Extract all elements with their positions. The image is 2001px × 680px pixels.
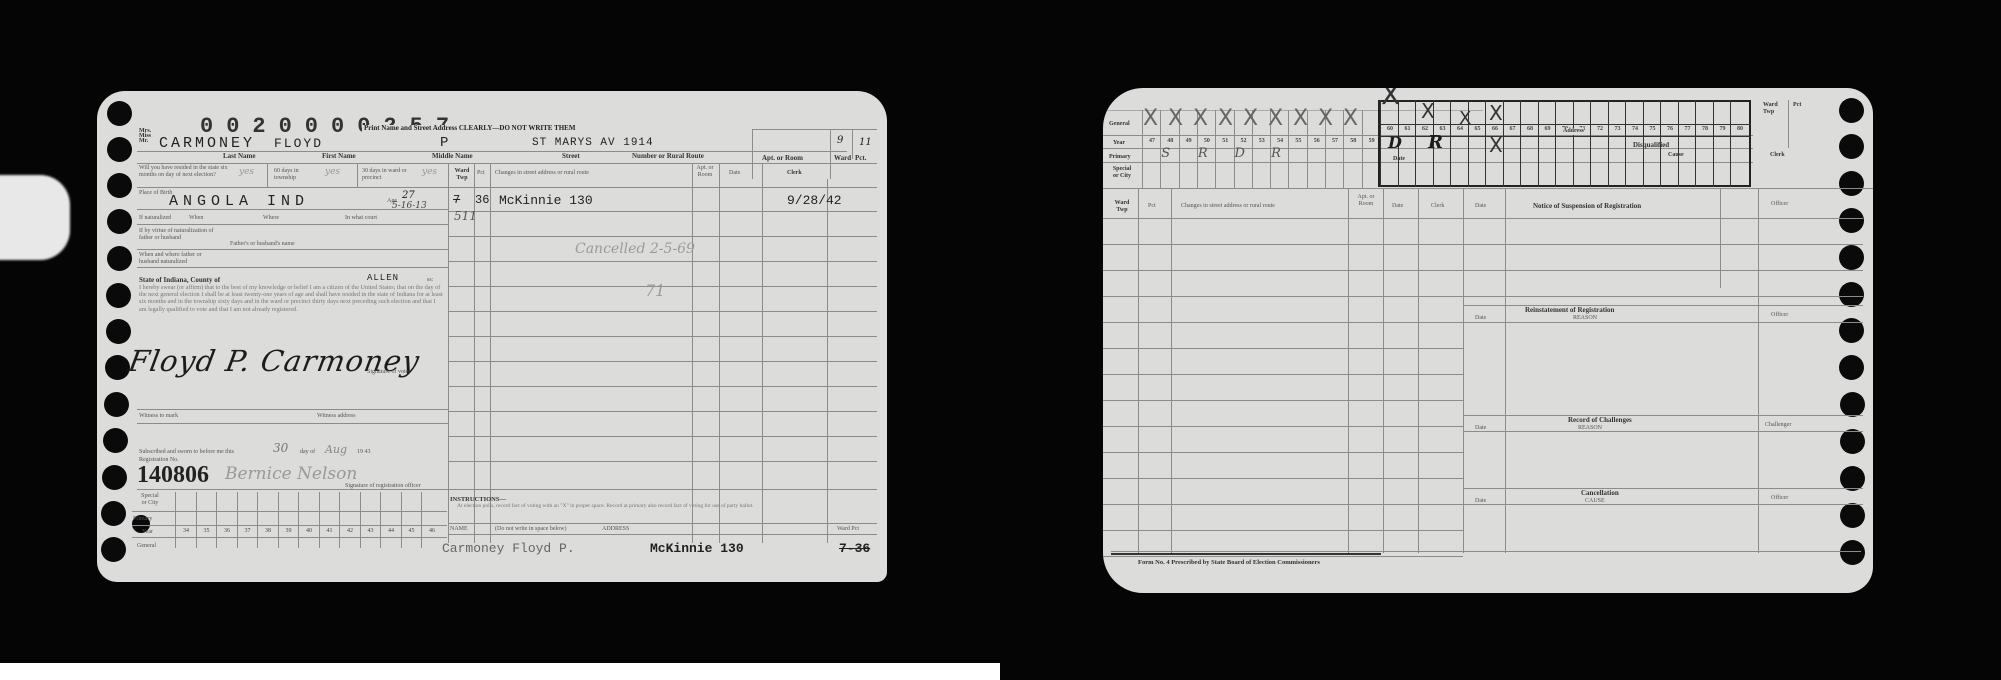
grid-label-general: General	[137, 543, 156, 550]
grid-label-year: Year	[142, 529, 153, 536]
back-changes-pct: Pct	[1148, 203, 1156, 210]
reinstatement-date-label: Date	[1475, 315, 1486, 322]
year-cell: 53	[1253, 138, 1271, 144]
instructions-text: At election polls, record fact of voting…	[457, 503, 877, 509]
salutation-labels: Mrs. Miss Mr.	[139, 129, 151, 144]
general-vote-mark: X	[1193, 106, 1208, 132]
year-cell: 69	[1539, 126, 1557, 132]
mark-60-primary: D	[1388, 133, 1402, 152]
ward-label: Ward	[834, 154, 851, 162]
mark-65: X	[1489, 100, 1503, 126]
year-cell: 43	[362, 528, 380, 534]
table-row-divider	[1103, 348, 1463, 349]
table-row-divider	[1103, 322, 1463, 323]
change-row-1-note: 511	[454, 209, 477, 223]
number-label: Number or Rural Route	[632, 152, 704, 160]
disqualified-label: Disqualified	[1633, 141, 1669, 149]
registration-number: 140806	[137, 462, 209, 489]
suspension-title: Notice of Suspension of Registration	[1533, 203, 1641, 210]
where-label: Where	[263, 215, 279, 222]
year-cell: 52	[1235, 138, 1253, 144]
officer-signature: Bernice Nelson	[225, 464, 357, 484]
residence-answer-30d: yes	[422, 167, 437, 177]
general-vote-mark: X	[1343, 106, 1358, 132]
primary-vote-marks: SRDR	[1143, 146, 1381, 164]
back-changes-ward: Ward Twp	[1111, 200, 1133, 214]
index-name: Carmoney Floyd P.	[442, 541, 575, 556]
scan-border-strip	[0, 663, 1000, 680]
table-row-divider	[1103, 452, 1463, 453]
table-row-divider	[1103, 504, 1463, 505]
court-label: In what court	[345, 215, 377, 222]
form-footer: Form No. 4 Prescribed by State Board of …	[1138, 559, 1320, 566]
street-address: ST MARYS AV 1914	[532, 137, 654, 149]
change-row-1-pct: 36	[475, 193, 489, 207]
first-name: FLOYD	[274, 136, 323, 151]
back-ward-twp-label: Ward Twp	[1763, 102, 1783, 116]
general-vote-mark: X	[1143, 106, 1158, 132]
residence-answer-6mo: yes	[239, 167, 254, 177]
year-cell: 61	[1399, 126, 1417, 132]
residence-question-60d: 60 days in township	[274, 168, 319, 182]
ss-label: ss:	[427, 277, 433, 284]
last-name-label: Last Name	[223, 152, 255, 160]
residence-question-6mo: Will you have resided in the state six m…	[139, 165, 229, 179]
grid-label-primary: Primary	[133, 516, 152, 523]
year-cell: 48	[1161, 138, 1179, 144]
change-row-1-address: McKinnie 130	[499, 193, 593, 208]
year-cell: 50	[1198, 138, 1216, 144]
oath-text: I hereby swear (or affirm) that to the b…	[139, 284, 444, 313]
registration-card-front: 0020000257 Print Name and Street Address…	[97, 91, 887, 582]
middle-name: P	[440, 135, 448, 151]
back-label-general: General	[1109, 121, 1130, 128]
reinstatement-reason-label: REASON	[1573, 315, 1597, 322]
changes-header-date: Date	[729, 170, 740, 177]
challenges-challenger-label: Challenger	[1765, 422, 1791, 429]
back-label-primary: Primary	[1109, 154, 1131, 161]
cancelled-note: Cancelled 2-5-69	[575, 241, 695, 257]
index-address: McKinnie 130	[650, 541, 744, 556]
table-row-divider	[1103, 270, 1863, 271]
year-cell: 44	[382, 528, 400, 534]
father-name-label: Father's or husband's name	[230, 241, 295, 248]
address-label: Address	[1563, 128, 1584, 135]
back-changes-date: Date	[1392, 203, 1403, 210]
general-vote-mark: X	[1293, 106, 1308, 132]
ward-value: 9	[837, 135, 843, 146]
witness-address-label: Witness address	[317, 413, 356, 420]
mark-65-primary: X	[1489, 132, 1503, 158]
grid-label-special: Special or City	[139, 493, 161, 507]
year-cell: 68	[1521, 126, 1539, 132]
back-changes-address: Changes in street address or rural route	[1181, 203, 1275, 210]
do-not-write-label: (Do not write in space below)	[495, 526, 566, 533]
year-cell: 36	[218, 528, 236, 534]
general-vote-mark: X	[1218, 106, 1233, 132]
changes-header-pct: Pct	[477, 170, 485, 177]
address-label: ADDRESS	[602, 526, 629, 533]
signature-label: Signature of voter	[367, 369, 410, 376]
year-cell: 40	[300, 528, 318, 534]
year-cell: 47	[1143, 138, 1161, 144]
changes-header-ward: Ward Twp	[452, 168, 472, 182]
cause-label: Cause	[1668, 152, 1684, 159]
first-name-label: First Name	[322, 152, 356, 160]
primary-vote-mark: R	[1271, 146, 1281, 161]
back-label-year: Year	[1113, 140, 1125, 147]
suspension-date-label: Date	[1475, 203, 1486, 210]
suspension-officer-label: Officer	[1771, 201, 1788, 208]
pct-value: 11	[859, 137, 872, 148]
sworn-day: 30	[273, 441, 288, 455]
day-of-label: day of	[300, 449, 315, 456]
apt-room-label: Apt. or Room	[762, 154, 803, 162]
index-ward-pct: 7-36	[839, 541, 870, 556]
place-of-birth: ANGOLA IND	[169, 193, 309, 210]
state-county-label: State of Indiana, County of	[139, 276, 220, 284]
changes-header-clerk: Clerk	[787, 170, 802, 177]
ward-pct-label: Ward Pct	[837, 526, 859, 533]
naturalized-label: If naturalized	[139, 215, 171, 222]
age-value: 27	[402, 190, 415, 201]
year-cell: 80	[1731, 126, 1749, 132]
back-changes-clerk: Clerk	[1431, 203, 1444, 210]
year-cell: 58	[1344, 138, 1362, 144]
year-cell: 49	[1180, 138, 1198, 144]
changes-header-apt: Apt. or Room	[694, 165, 716, 179]
year-cell: 72	[1591, 126, 1609, 132]
when-label: When	[189, 215, 203, 222]
general-vote-mark: X	[1168, 106, 1183, 132]
father-naturalized-when-label: When and where father or husband natural…	[139, 252, 219, 266]
residence-answer-60d: yes	[325, 167, 340, 177]
back-label-special: Special or City	[1111, 166, 1133, 180]
sworn-label: Subscribed and sworn to before me this	[139, 449, 234, 456]
reinstatement-officer-label: Officer	[1771, 312, 1788, 319]
year-cell: 35	[198, 528, 216, 534]
reinstatement-title: Reinstatement of Registration	[1525, 307, 1614, 314]
mark-62-primary: R	[1428, 132, 1443, 153]
year-cell: 41	[321, 528, 339, 534]
back-pct-label: Pct	[1793, 102, 1801, 109]
year-cell: 42	[341, 528, 359, 534]
year-cell: 79	[1714, 126, 1732, 132]
name-label: NAME	[450, 526, 468, 533]
year-cell: 54	[1271, 138, 1289, 144]
year-cell: 39	[280, 528, 298, 534]
table-row-divider	[1103, 530, 1463, 531]
year-cell: 73	[1609, 126, 1627, 132]
year-cell: 45	[403, 528, 421, 534]
changes-header-address: Changes in street address or rural route	[495, 170, 589, 177]
challenges-title: Record of Challenges	[1568, 417, 1632, 424]
father-naturalization-label: If by virtue of naturalization of father…	[139, 228, 219, 242]
sworn-year: 19 43	[357, 449, 371, 456]
table-row-divider	[1103, 400, 1463, 401]
date-label-box: Date	[1393, 156, 1405, 163]
header-notice: Print Name and Street Address CLEARLY—DO…	[362, 125, 577, 132]
place-of-birth-label: Place of Birth	[139, 190, 172, 196]
back-clerk-label: Clerk	[1770, 152, 1785, 159]
sworn-month: Aug	[325, 443, 347, 456]
table-row-divider	[1103, 478, 1463, 479]
table-row-divider	[1103, 556, 1463, 557]
year-cell: 74	[1626, 126, 1644, 132]
change-row-1-date: 9/28/42	[787, 193, 842, 208]
year-cell: 38	[259, 528, 277, 534]
primary-vote-mark: D	[1235, 146, 1245, 161]
year-cell: 55	[1289, 138, 1307, 144]
year-cell: 60	[1381, 126, 1399, 132]
scanner-glare	[0, 175, 70, 260]
residence-question-30d: 30 days in ward or precinct	[362, 168, 422, 182]
street-label: Street	[562, 152, 580, 160]
cancellation-title: Cancellation	[1581, 490, 1619, 497]
county-value: ALLEN	[367, 273, 399, 283]
general-vote-mark: X	[1243, 106, 1258, 132]
table-row-divider	[1103, 296, 1863, 297]
general-vote-mark: X	[1268, 106, 1283, 132]
year-cell: 46	[423, 528, 441, 534]
table-row-divider	[1103, 218, 1863, 219]
year-cell: 77	[1679, 126, 1697, 132]
general-vote-marks: XXXXXXXXX	[1143, 106, 1381, 136]
year-cell: 56	[1308, 138, 1326, 144]
middle-name-label: Middle Name	[432, 152, 473, 160]
table-row-divider	[1103, 244, 1863, 245]
mark-60: X	[1381, 88, 1400, 108]
year-cell: 78	[1696, 126, 1714, 132]
mark-63: X	[1459, 106, 1471, 132]
year-cell: 76	[1661, 126, 1679, 132]
back-changes-apt: Apt. or Room	[1353, 194, 1379, 208]
year-cell: 75	[1644, 126, 1662, 132]
primary-vote-mark: R	[1198, 146, 1208, 161]
pct-label: Pct.	[855, 154, 866, 162]
general-vote-mark: X	[1318, 106, 1333, 132]
cancellation-officer-label: Officer	[1771, 495, 1788, 502]
primary-vote-mark: S	[1161, 146, 1170, 161]
year-cell: 34	[177, 528, 195, 534]
mark-61: X	[1421, 98, 1435, 124]
change-row-1-ward: 7	[453, 193, 460, 207]
witness-mark-label: Witness to mark	[139, 413, 178, 420]
year-cell: 57	[1326, 138, 1344, 144]
registration-card-back: General Year Primary Special or City 474…	[1103, 88, 1873, 593]
table-row-divider	[1103, 426, 1463, 427]
year-cell: 37	[239, 528, 257, 534]
handwritten-note-71: 71	[645, 281, 665, 300]
table-row-divider	[1103, 374, 1463, 375]
year-cell: 67	[1504, 126, 1522, 132]
last-name: CARMONEY	[159, 135, 255, 152]
year-cell: 51	[1216, 138, 1234, 144]
